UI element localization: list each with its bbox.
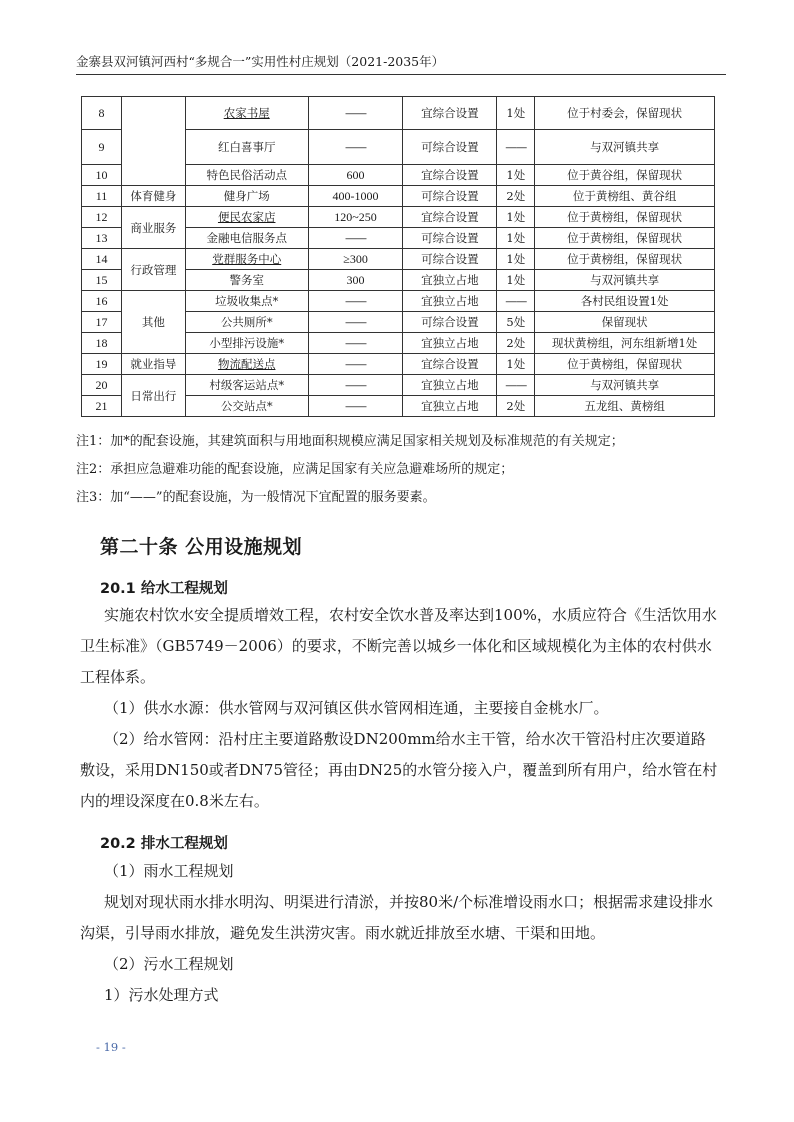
mode-cell: 可综合设置	[403, 130, 497, 165]
note-cell: 各村民组设置1处	[535, 291, 715, 312]
facility-name: 垃圾收集点*	[185, 291, 308, 312]
count-cell: ——	[497, 130, 535, 165]
row-number: 17	[82, 312, 122, 333]
article-heading: 第二十条 公用设施规划	[100, 532, 302, 559]
note-cell: 现状黄榜组，河东组新增1处	[535, 333, 715, 354]
row-number: 20	[82, 375, 122, 396]
mode-cell: 宜综合设置	[403, 165, 497, 186]
paragraph: （1）雨水工程规划	[80, 856, 720, 887]
count-cell: ——	[497, 291, 535, 312]
facility-name: 健身广场	[185, 186, 308, 207]
row-number: 21	[82, 396, 122, 417]
area-cell: ——	[308, 354, 403, 375]
mode-cell: 宜独立占地	[403, 375, 497, 396]
water-supply-body: 实施农村饮水安全提质增效工程，农村安全饮水普及率达到100%，水质应符合《生活饮…	[80, 600, 720, 817]
note-2: 注2：承担应急避难功能的配套设施，应满足国家有关应急避难场所的规定；	[76, 462, 736, 490]
category-cell: 日常出行	[121, 375, 185, 417]
area-cell: ——	[308, 375, 403, 396]
note-3: 注3：加“——”的配套设施，为一般情况下宜配置的服务要素。	[76, 490, 736, 518]
paragraph: 1）污水处理方式	[80, 980, 720, 1011]
facility-name: 金融电信服务点	[185, 228, 308, 249]
count-cell: 1处	[497, 354, 535, 375]
row-number: 8	[82, 97, 122, 130]
document-title: 金寨县双河镇河西村“多规合一”实用性村庄规划（2021-2035年）	[76, 52, 444, 72]
mode-cell: 宜独立占地	[403, 291, 497, 312]
table-row: 12 商业服务 便民农家店 120~250 宜综合设置 1处 位于黄榜组，保留现…	[82, 207, 715, 228]
category-cell	[121, 97, 185, 186]
facility-name: 农家书屋	[224, 106, 270, 120]
mode-cell: 可综合设置	[403, 249, 497, 270]
category-cell: 体育健身	[121, 186, 185, 207]
table-row: 14 行政管理 党群服务中心 ≥300 可综合设置 1处 位于黄榜组，保留现状	[82, 249, 715, 270]
category-cell: 行政管理	[121, 249, 185, 291]
facilities-table: 8 农家书屋 —— 宜综合设置 1处 位于村委会，保留现状 9 红白喜事厅 ——…	[81, 96, 715, 417]
note-cell: 位于黄榜组，保留现状	[535, 249, 715, 270]
mode-cell: 可综合设置	[403, 228, 497, 249]
header-rule-dashes: ——————————————————————————————	[78, 72, 423, 75]
mode-cell: 宜综合设置	[403, 207, 497, 228]
table-row: 8 农家书屋 —— 宜综合设置 1处 位于村委会，保留现状	[82, 97, 715, 130]
row-number: 9	[82, 130, 122, 165]
count-cell: 1处	[497, 228, 535, 249]
table-row: 16 其他 垃圾收集点* —— 宜独立占地 —— 各村民组设置1处	[82, 291, 715, 312]
count-cell: 2处	[497, 396, 535, 417]
note-cell: 位于黄榜组，保留现状	[535, 228, 715, 249]
mode-cell: 可综合设置	[403, 312, 497, 333]
note-cell: 保留现状	[535, 312, 715, 333]
area-cell: 120~250	[308, 207, 403, 228]
header-section-label: 文本	[701, 72, 726, 75]
count-cell: 1处	[497, 165, 535, 186]
paragraph: （1）供水水源：供水管网与双河镇区供水管网相连通，主要接自金桃水厂。	[80, 693, 720, 724]
category-cell: 就业指导	[121, 354, 185, 375]
count-cell: 1处	[497, 249, 535, 270]
area-cell: ——	[308, 312, 403, 333]
count-cell: ——	[497, 375, 535, 396]
row-number: 13	[82, 228, 122, 249]
area-cell: 600	[308, 165, 403, 186]
facility-name: 村级客运站点*	[185, 375, 308, 396]
table-row: 20 日常出行 村级客运站点* —— 宜独立占地 —— 与双河镇共享	[82, 375, 715, 396]
mode-cell: 宜独立占地	[403, 333, 497, 354]
note-1: 注1：加*的配套设施，其建筑面积与用地面积规模应满足国家相关规划及标准规范的有关…	[76, 434, 736, 462]
section-heading-drainage: 20.2 排水工程规划	[100, 832, 228, 853]
count-cell: 1处	[497, 97, 535, 130]
paragraph: （2）给水管网：沿村庄主要道路敷设DN200mm给水主干管，给水次干管沿村庄次要…	[80, 724, 720, 817]
area-cell: ——	[308, 130, 403, 165]
count-cell: 2处	[497, 333, 535, 354]
table-row: 11 体育健身 健身广场 400-1000 可综合设置 2处 位于黄榜组、黄谷组	[82, 186, 715, 207]
note-cell: 与双河镇共享	[535, 270, 715, 291]
mode-cell: 可综合设置	[403, 186, 497, 207]
mode-cell: 宜综合设置	[403, 354, 497, 375]
paragraph: （2）污水工程规划	[80, 949, 720, 980]
facility-name: 党群服务中心	[212, 252, 281, 266]
paragraph: 规划对现状雨水排水明沟、明渠进行清淤，并按80米/个标准增设雨水口；根据需求建设…	[80, 887, 720, 949]
category-cell: 商业服务	[121, 207, 185, 249]
facility-name: 公交站点*	[185, 396, 308, 417]
table-row: 19 就业指导 物流配送点 —— 宜综合设置 1处 位于黄榜组，保留现状	[82, 354, 715, 375]
row-number: 14	[82, 249, 122, 270]
note-cell: 位于黄榜组，保留现状	[535, 207, 715, 228]
category-cell: 其他	[121, 291, 185, 354]
row-number: 12	[82, 207, 122, 228]
row-number: 16	[82, 291, 122, 312]
area-cell: ——	[308, 228, 403, 249]
paragraph: 实施农村饮水安全提质增效工程，农村安全饮水普及率达到100%，水质应符合《生活饮…	[80, 600, 720, 693]
drainage-body: （1）雨水工程规划 规划对现状雨水排水明沟、明渠进行清淤，并按80米/个标准增设…	[80, 856, 720, 1011]
facility-name: 物流配送点	[218, 357, 276, 371]
note-cell: 五龙组、黄榜组	[535, 396, 715, 417]
note-cell: 位于黄榜组，保留现状	[535, 354, 715, 375]
mode-cell: 宜独立占地	[403, 270, 497, 291]
row-number: 10	[82, 165, 122, 186]
row-number: 15	[82, 270, 122, 291]
note-cell: 位于黄榜组、黄谷组	[535, 186, 715, 207]
count-cell: 5处	[497, 312, 535, 333]
note-cell: 与双河镇共享	[535, 375, 715, 396]
table-notes: 注1：加*的配套设施，其建筑面积与用地面积规模应满足国家相关规划及标准规范的有关…	[76, 434, 736, 518]
area-cell: ——	[308, 333, 403, 354]
row-number: 19	[82, 354, 122, 375]
note-cell: 位于黄谷组，保留现状	[535, 165, 715, 186]
row-number: 18	[82, 333, 122, 354]
facility-name: 公共厕所*	[185, 312, 308, 333]
section-heading-water-supply: 20.1 给水工程规划	[100, 577, 228, 598]
facility-name: 便民农家店	[218, 210, 276, 224]
page-number: - 19 -	[96, 1040, 126, 1054]
count-cell: 1处	[497, 270, 535, 291]
mode-cell: 宜独立占地	[403, 396, 497, 417]
note-cell: 与双河镇共享	[535, 130, 715, 165]
area-cell: ——	[308, 97, 403, 130]
area-cell: ——	[308, 291, 403, 312]
area-cell: ——	[308, 396, 403, 417]
facility-name: 红白喜事厅	[185, 130, 308, 165]
facility-name: 特色民俗活动点	[185, 165, 308, 186]
row-number: 11	[82, 186, 122, 207]
mode-cell: 宜综合设置	[403, 97, 497, 130]
area-cell: 400-1000	[308, 186, 403, 207]
facility-name: 小型排污设施*	[185, 333, 308, 354]
area-cell: ≥300	[308, 249, 403, 270]
area-cell: 300	[308, 270, 403, 291]
count-cell: 1处	[497, 207, 535, 228]
count-cell: 2处	[497, 186, 535, 207]
running-header: 金寨县双河镇河西村“多规合一”实用性村庄规划（2021-2035年） —————…	[76, 52, 726, 75]
facility-name: 警务室	[185, 270, 308, 291]
note-cell: 位于村委会，保留现状	[535, 97, 715, 130]
